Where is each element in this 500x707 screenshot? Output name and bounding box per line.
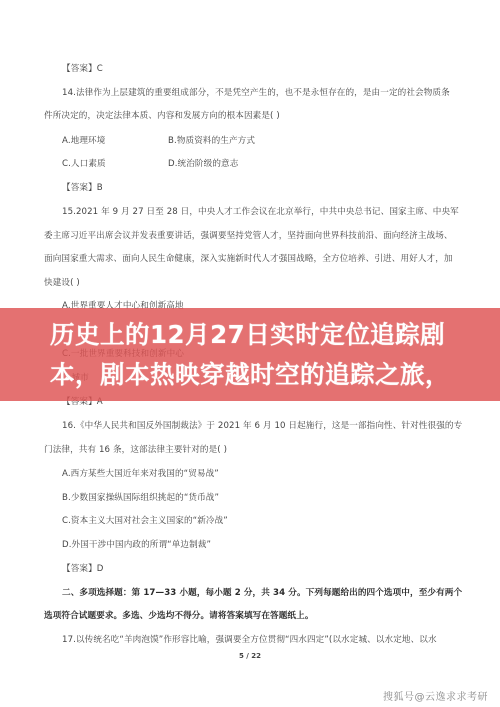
document-line: C.资本主义大国对社会主义国家的“新冷战” — [62, 515, 228, 527]
document-line: 【答案】C — [62, 63, 103, 75]
document-line: 【答案】B — [62, 182, 103, 194]
title-banner: 历史上的12月27日实时定位追踪剧 本，剧本热映穿越时空的追踪之旅， — [0, 308, 500, 401]
watermark: 搜狐号@云逸求求考研 — [383, 688, 488, 703]
document-line: 件所决定的，决定法律本质、内容和发展方向的根本因素是( ) — [44, 110, 280, 122]
document-line: 快建设( ) — [44, 277, 80, 289]
document-line: A.地理环境 — [62, 135, 105, 147]
document-line: D.统治阶级的意志 — [168, 158, 238, 170]
document-line: 委主席习近平出席会议并发表重要讲话，强调要坚持党管人才，坚持面向世界科技前沿、面… — [44, 230, 453, 242]
document-line: 面向国家重大需求、面向人民生命健康，深入实施新时代人才强国战略，全方位培养、引进… — [44, 253, 453, 265]
banner-title-line-2: 本，剧本热映穿越时空的追踪之旅， — [50, 356, 470, 391]
page-number: 5 / 22 — [0, 652, 500, 660]
document-line: A.西方某些大国近年来对我国的“贸易战” — [62, 468, 219, 480]
document-line: 门法律，共有 16 条，这部法律主要针对的是( ) — [44, 444, 227, 456]
document-line: 【答案】D — [62, 563, 104, 575]
document-line: 16.《中华人民共和国反外国制裁法》于 2021 年 6 月 10 日起施行，这… — [62, 420, 462, 432]
document-line: D.外国干涉中国内政的所谓“单边制裁” — [62, 539, 211, 551]
banner-title-line-1: 历史上的12月27日实时定位追踪剧 — [50, 316, 470, 351]
document-line: B.物质资料的生产方式 — [168, 135, 255, 147]
document-line: C.人口素质 — [62, 158, 106, 170]
document-line: 二、多项选择题：第 17—33 小题，每小题 2 分，共 34 分。下列每题给出… — [62, 587, 462, 599]
document-line: 17.以传统名吃“羊肉泡馍”作形容比喻，强调要全方位贯彻“四水四定”(以水定城、… — [62, 634, 437, 646]
document-line: 选项符合试题要求。多选、少选均不得分。请将答案填写在答题纸上。 — [44, 610, 314, 622]
document-line: 14.法律作为上层建筑的重要组成部分，不是凭空产生的，也不是永恒存在的，是由一定… — [62, 87, 450, 99]
document-line: 15.2021 年 9 月 27 日至 28 日，中央人才工作会议在北京举行，中… — [62, 206, 459, 218]
document-line: B.少数国家操纵国际组织挑起的“货币战” — [62, 492, 219, 504]
